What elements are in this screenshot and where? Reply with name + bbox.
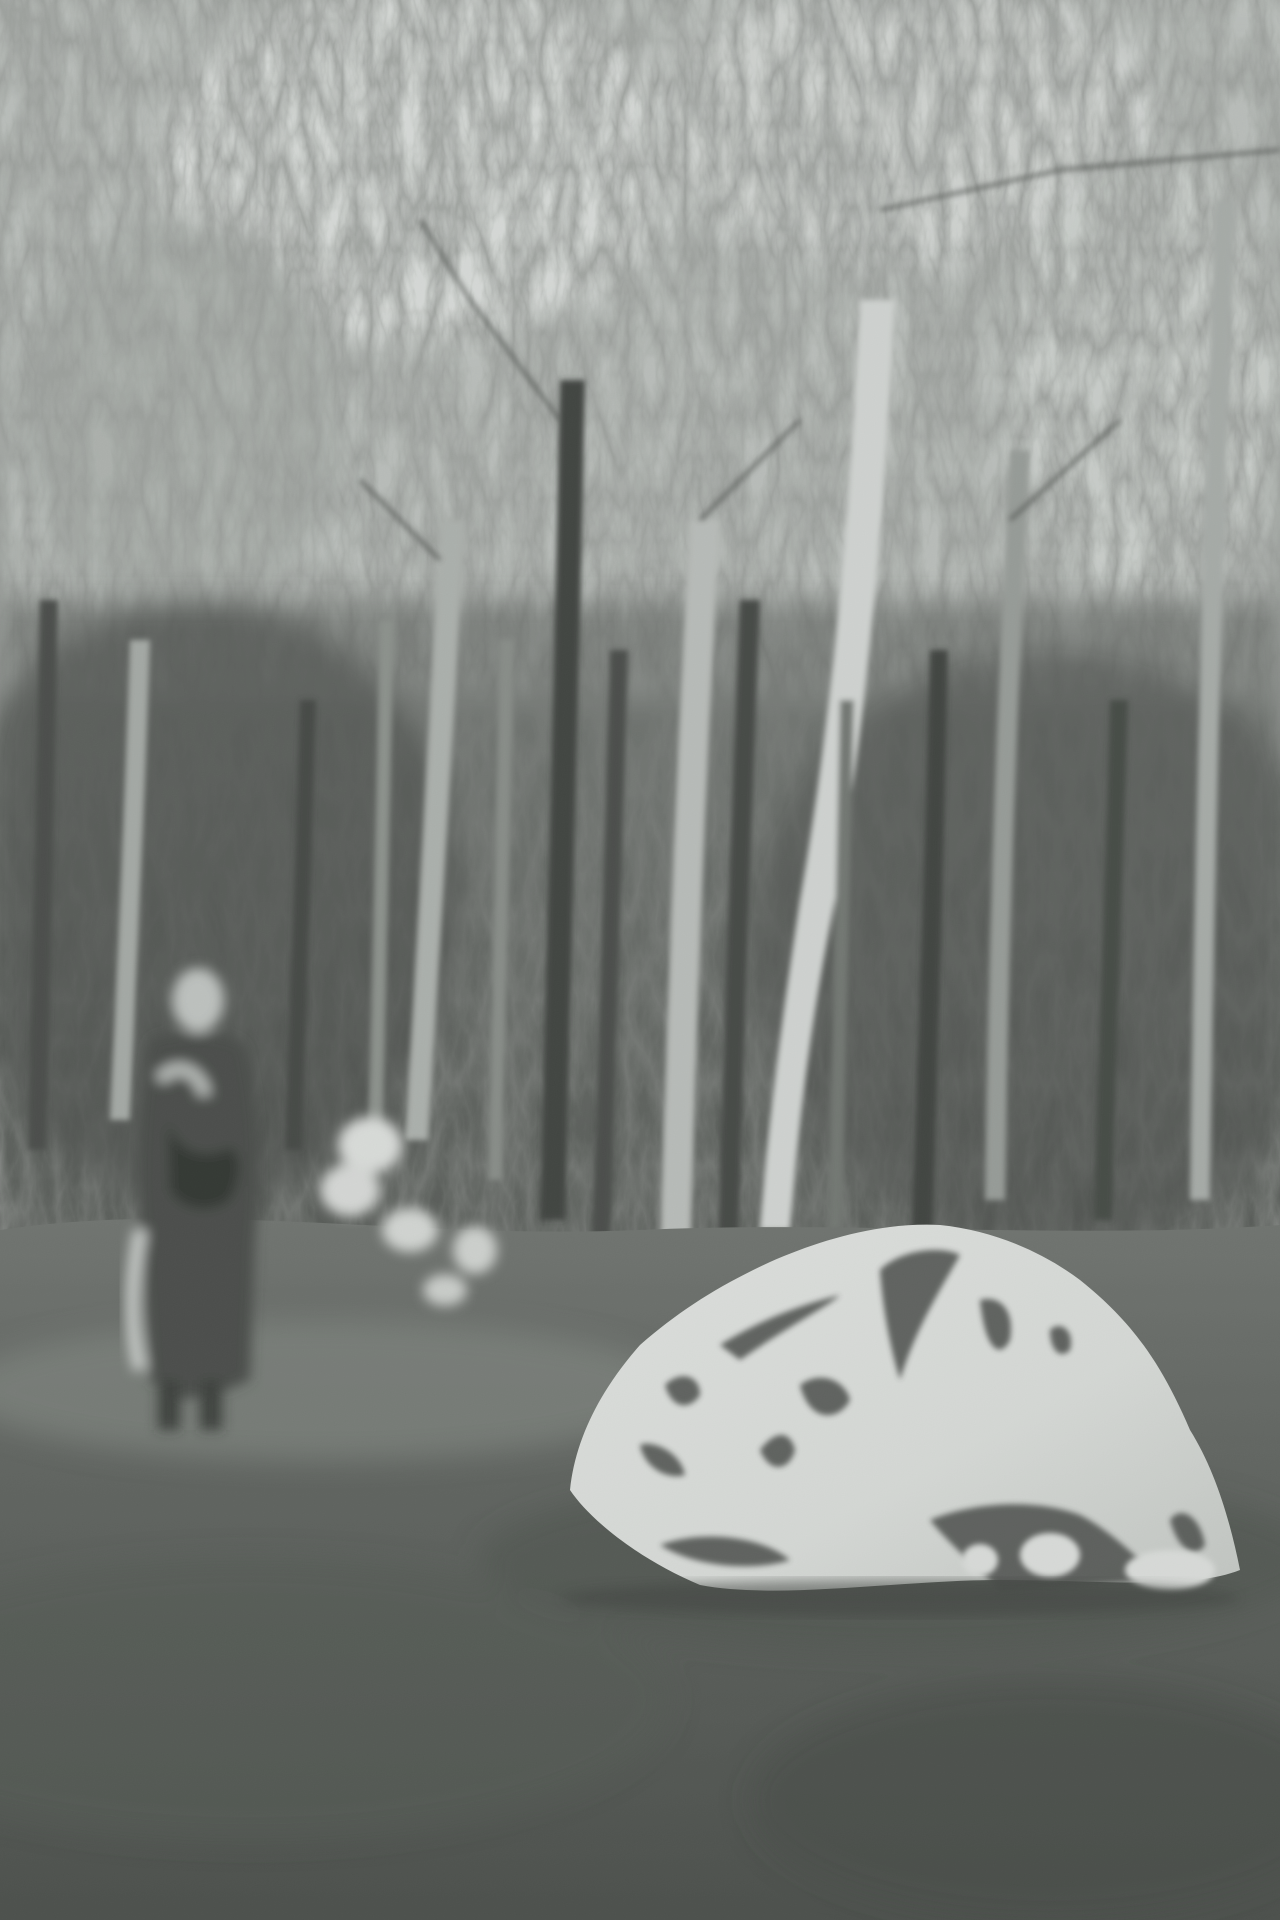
- film-grain: [0, 0, 1280, 1920]
- forest-photograph: [0, 0, 1280, 1920]
- forest-scene: [0, 0, 1280, 1920]
